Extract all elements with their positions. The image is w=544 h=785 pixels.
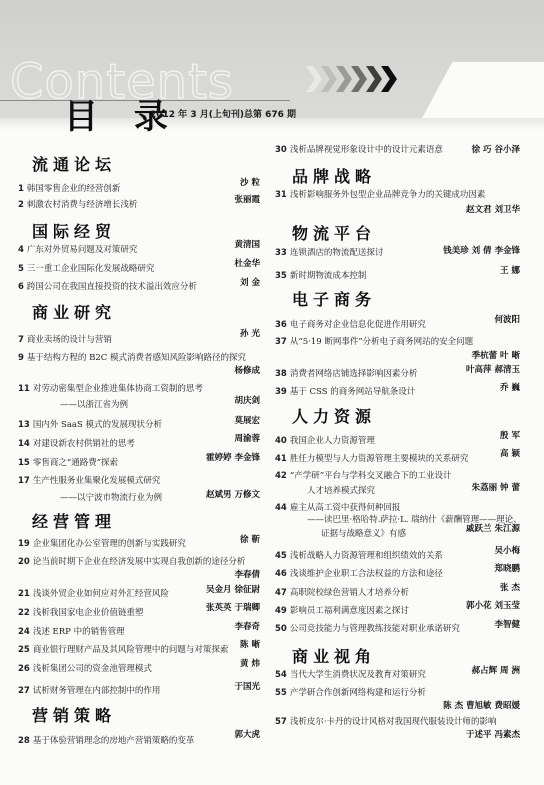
article-authors: 吴小梅	[494, 544, 520, 556]
article-authors: 张丽霞	[234, 193, 260, 205]
article-title: 浅谈维护企业职工合法权益的方法和途径	[290, 569, 443, 579]
page-number: 21	[18, 589, 30, 599]
page-number: 37	[275, 337, 287, 347]
page-number: 13	[18, 420, 30, 430]
toc-entry[interactable]: 11对劳动密集型企业推进集体协商工资制的思考	[18, 382, 203, 394]
page-number: 28	[18, 736, 30, 746]
article-authors: 周渝蓉	[234, 432, 260, 444]
toc-entry[interactable]: 35新时期物流成本控制	[275, 269, 366, 281]
page-number: 24	[18, 627, 30, 637]
toc-entry[interactable]: 47高职院校绿色营销人才培养分析	[275, 586, 409, 598]
toc-entry[interactable]: 4广东对外贸易问题及对策研究	[18, 243, 137, 255]
chevron-right-icon	[306, 66, 322, 92]
article-title: 商业卖场的设计与营销	[27, 335, 112, 345]
article-authors: 李春倩	[234, 568, 260, 580]
chevron-right-icon	[336, 66, 352, 92]
toc-entry[interactable]: 45浅析战略人力资源管理和组织绩效的关系	[275, 549, 443, 561]
page-number: 36	[275, 320, 287, 330]
article-title: 浅析影响服务外包型企业品牌竞争力的关键成功因素	[290, 190, 486, 200]
article-authors: 叶高萍 郝清玉	[466, 363, 520, 375]
toc-entry[interactable]: 41胜任力模型与人力资源管理主要模块的关系研究	[275, 452, 468, 464]
article-title: 对建设新农村供销社的思考	[33, 439, 135, 449]
article-title: 基于 CSS 的商务网站导航条设计	[290, 387, 415, 397]
article-authors: 杨修成	[234, 364, 260, 376]
article-authors: 何波阳	[494, 313, 520, 325]
article-title: 新时期物流成本控制	[290, 271, 367, 281]
section-heading: 流通论坛	[32, 152, 116, 175]
article-subtitle: 人才培养模式探究	[307, 484, 375, 496]
article-title: 生产性服务业集聚化发展模式研究	[33, 476, 161, 486]
issue-info: 2012 年 3 月(上旬刊)总第 676 期	[150, 107, 296, 120]
section-heading: 商业研究	[32, 300, 116, 323]
article-title: 雇主从高工资中获得何种回报	[290, 503, 401, 513]
toc-entry[interactable]: 38消费者网络店铺选择影响因素分析	[275, 367, 417, 379]
page-number: 9	[18, 353, 24, 363]
chevron-right-icon	[381, 66, 397, 92]
article-authors: 殷 军	[500, 429, 520, 441]
toc-entry[interactable]: 21浅谈外贸企业如何应对外汇经营风险	[18, 587, 169, 599]
article-authors: 张 杰	[500, 581, 520, 593]
section-heading: 电子商务	[292, 287, 376, 310]
article-authors: 徐 巧 谷小泽	[472, 143, 520, 155]
page-number: 22	[18, 608, 30, 618]
article-title: 企业集团化办公室管理的创新与实践研究	[33, 539, 186, 549]
article-title: 试析财务管理在内部控制中的作用	[33, 686, 161, 696]
article-authors: 郭小花 刘玉莹	[466, 599, 520, 611]
article-authors: 高 颖	[500, 447, 520, 459]
chevron-right-icon	[351, 66, 367, 92]
toc-entry[interactable]: 7商业卖场的设计与营销	[18, 333, 112, 345]
article-authors: 陈 杰 曹旭敏 费昭媛	[443, 699, 520, 711]
toc-entry[interactable]: 6跨国公司在我国直接投资的技术溢出效应分析	[18, 280, 197, 292]
article-title: 电子商务对企业信息化促进作用研究	[290, 320, 426, 330]
section-heading: 国际经贸	[32, 219, 116, 242]
article-authors: 钱美珍 刘 倩 李金锋	[443, 244, 520, 256]
article-title: 浅述 ERP 中的销售管理	[33, 627, 125, 637]
article-title: 浅析集团公司的资金池管理模式	[33, 664, 152, 674]
page-number: 19	[18, 539, 30, 549]
toc-entry[interactable]: 39基于 CSS 的商务网站导航条设计	[275, 385, 415, 397]
article-title: 韩国零售企业的经营创新	[27, 184, 121, 194]
toc-entry[interactable]: 27试析财务管理在内部控制中的作用	[18, 684, 160, 696]
chevron-arrows-icon	[306, 66, 396, 92]
page-number: 33	[275, 248, 287, 258]
page-number: 46	[275, 569, 287, 579]
page-number: 6	[18, 282, 24, 292]
article-authors: 杜金华	[234, 257, 260, 269]
article-subtitle: ——以宁波市物流行业为例	[60, 491, 162, 503]
article-authors: 陈 晰	[240, 638, 260, 650]
article-title: 产学研合作创新网络构建和运行分析	[290, 688, 426, 698]
page-number: 41	[275, 454, 287, 464]
article-authors: 胡庆剑	[234, 394, 260, 406]
toc-entry[interactable]: 44雇主从高工资中获得何种回报	[275, 501, 400, 513]
toc-entry[interactable]: 9基于结构方程的 B2C 模式消费者感知风险影响路径的探究	[18, 351, 246, 363]
page-number: 7	[18, 335, 24, 345]
toc-entry[interactable]: 22浅析我国家电企业价值链重塑	[18, 606, 143, 618]
article-authors: 乔 巍	[500, 381, 520, 393]
article-authors: 赵斌男 万修文	[206, 488, 260, 500]
article-title: 高职院校绿色营销人才培养分析	[290, 588, 409, 598]
article-authors: 朱荔丽 钟 蕾	[472, 481, 520, 493]
section-heading: 品牌战略	[292, 164, 376, 187]
page-number: 44	[275, 503, 287, 513]
article-authors: 徐 靳	[240, 533, 260, 545]
article-title: 浅析品牌视觉形象设计中的设计元素语意	[290, 145, 443, 155]
page-number: 45	[275, 551, 287, 561]
section-heading: 商业视角	[292, 644, 376, 667]
article-authors: 赵文君 刘卫华	[466, 203, 520, 215]
page-number: 54	[275, 670, 287, 680]
chevron-right-icon	[366, 66, 382, 92]
toc-entry[interactable]: 57浅析皮尔·卡丹的设计风格对我国现代服装设计师的影响	[275, 715, 497, 727]
page-number: 39	[275, 387, 287, 397]
toc-entry[interactable]: 54当代大学生消费状况及教育对策研究	[275, 668, 426, 680]
article-authors: 郝占辉 周 洲	[472, 664, 520, 676]
article-authors: 黄 炜	[240, 657, 260, 669]
toc-entry[interactable]: 28基于体验营销理念的房地产营销策略的变革	[18, 734, 194, 746]
article-title: 当代大学生消费状况及教育对策研究	[290, 670, 426, 680]
page-number: 57	[275, 717, 287, 727]
article-title: 基于结构方程的 B2C 模式消费者感知风险影响路径的探究	[27, 353, 246, 363]
toc-entry[interactable]: 17生产性服务业集聚化发展模式研究	[18, 474, 160, 486]
page-number: 14	[18, 439, 30, 449]
section-heading: 人力资源	[292, 404, 376, 427]
toc-entry[interactable]: 19企业集团化办公室管理的创新与实践研究	[18, 537, 186, 549]
article-authors: 孙 光	[240, 327, 260, 339]
article-title: 浅析皮尔·卡丹的设计风格对我国现代服装设计师的影响	[290, 717, 497, 727]
article-authors: 霍婷婷 李金锋	[206, 451, 260, 463]
page-number: 25	[18, 645, 30, 655]
article-authors: 黄清国	[234, 238, 260, 250]
toc-entry[interactable]: 26浅析集团公司的资金池管理模式	[18, 662, 152, 674]
toc-entry[interactable]: 5三一重工企业国际化发展战略研究	[18, 262, 154, 274]
page-number: 11	[18, 384, 30, 394]
article-title: 浅谈外贸企业如何应对外汇经营风险	[33, 589, 169, 599]
toc-entry[interactable]: 30浅析品牌视觉形象设计中的设计元素语意	[275, 143, 443, 155]
article-title: 我国企业人力资源管理	[290, 436, 375, 446]
toc-entry[interactable]: 55产学研合作创新网络构建和运行分析	[275, 686, 426, 698]
toc-entry[interactable]: 20论当前时期下企业在经济发展中实现自我创新的途径分析	[18, 555, 245, 567]
article-title: 零售商之“通路费”探索	[33, 458, 118, 468]
article-title: 连锁酒店的物流配送探讨	[290, 248, 384, 258]
article-authors: 戚跃兰 朱江源	[466, 522, 520, 534]
toc-entry[interactable]: 24浅述 ERP 中的销售管理	[18, 625, 125, 637]
page-number: 4	[18, 245, 24, 255]
page-number: 35	[275, 271, 287, 281]
page-number: 1	[18, 184, 24, 194]
toc-entry[interactable]: 42“产学研”平台与学科交叉融合下的工业设计	[275, 469, 452, 481]
toc-entry[interactable]: 50公司竞技能力与管理教练技能对职业承诺研究	[275, 622, 460, 634]
section-heading: 营销策略	[32, 703, 116, 726]
article-authors: 莫展宏	[234, 414, 260, 426]
page-number: 5	[18, 264, 24, 274]
article-authors: 于述平 冯素杰	[466, 728, 520, 740]
section-heading: 物流平台	[292, 221, 376, 244]
article-title: 论当前时期下企业在经济发展中实现自我创新的途径分析	[33, 557, 246, 567]
page-number: 17	[18, 476, 30, 486]
page-number: 50	[275, 624, 287, 634]
chevron-right-icon	[321, 66, 337, 92]
toc-entry[interactable]: 49影响员工福利满意度因素之探讨	[275, 604, 409, 616]
toc-entry[interactable]: 13国内外 SaaS 模式的发展现状分析	[18, 418, 162, 430]
toc-entry[interactable]: 46浅谈维护企业职工合法权益的方法和途径	[275, 567, 443, 579]
article-authors: 刘 金	[240, 276, 260, 288]
toc-entry[interactable]: 36电子商务对企业信息化促进作用研究	[275, 318, 426, 330]
article-title: 消费者网络店铺选择影响因素分析	[290, 369, 418, 379]
page-number: 31	[275, 190, 287, 200]
article-authors: 张英英 于瑞卿	[206, 601, 260, 613]
toc-entry[interactable]: 2刺激农村消费与经济增长浅析	[18, 198, 137, 210]
article-title: 浅析战略人力资源管理和组织绩效的关系	[290, 551, 443, 561]
article-title: 公司竞技能力与管理教练技能对职业承诺研究	[290, 624, 460, 634]
article-authors: 吴金月 徐征尉	[206, 583, 260, 595]
article-authors: 王 娜	[500, 264, 520, 276]
article-title: 对劳动密集型企业推进集体协商工资制的思考	[33, 384, 203, 394]
article-title: 刺激农村消费与经济增长浅析	[27, 200, 138, 210]
article-title: 广东对外贸易问题及对策研究	[27, 245, 138, 255]
article-title: 基于体验营销理念的房地产营销策略的变革	[33, 736, 195, 746]
page-number: 15	[18, 458, 30, 468]
page-number: 40	[275, 436, 287, 446]
page-number: 30	[275, 145, 287, 155]
toc-entry[interactable]: 1韩国零售企业的经营创新	[18, 182, 120, 194]
page-number: 47	[275, 588, 287, 598]
article-authors: 郭大虎	[234, 728, 260, 740]
page-number: 26	[18, 664, 30, 674]
article-title: 浅析我国家电企业价值链重塑	[33, 608, 144, 618]
article-authors: 于国光	[234, 680, 260, 692]
toc-entry[interactable]: 37从“5·19 断网事件”分析电子商务网站的安全问题	[275, 335, 473, 347]
page-number: 2	[18, 200, 24, 210]
article-title: 三一重工企业国际化发展战略研究	[27, 264, 155, 274]
page-number: 42	[275, 471, 287, 481]
page-number: 55	[275, 688, 287, 698]
page-number: 38	[275, 369, 287, 379]
toc-entry[interactable]: 40我国企业人力资源管理	[275, 434, 375, 446]
article-title: 商业银行理财产品及其风险管理中的问题与对策探索	[33, 645, 229, 655]
article-title: 跨国公司在我国直接投资的技术溢出效应分析	[27, 282, 197, 292]
page-number: 27	[18, 686, 30, 696]
article-authors: 郑晓鹏	[494, 562, 520, 574]
page-number: 49	[275, 606, 287, 616]
article-title: 胜任力模型与人力资源管理主要模块的关系研究	[290, 454, 469, 464]
page-number: 20	[18, 557, 30, 567]
article-authors: 季杭蕾 叶 晰	[472, 349, 520, 361]
article-title: “产学研”平台与学科交叉融合下的工业设计	[290, 471, 452, 481]
section-heading: 经营管理	[32, 509, 116, 532]
toc-entry[interactable]: 14对建设新农村供销社的思考	[18, 437, 135, 449]
toc-entry[interactable]: 15零售商之“通路费”探索	[18, 456, 118, 468]
article-authors: 李智健	[494, 618, 520, 630]
article-subtitle: 证据与战略意义》有感	[321, 527, 406, 539]
article-authors: 李春奇	[234, 620, 260, 632]
article-subtitle: ——以浙江省为例	[60, 398, 128, 410]
toc-entry[interactable]: 31浅析影响服务外包型企业品牌竞争力的关键成功因素	[275, 188, 485, 200]
article-authors: 沙 粒	[240, 176, 260, 188]
article-title: 国内外 SaaS 模式的发展现状分析	[33, 420, 162, 430]
toc-entry[interactable]: 33连锁酒店的物流配送探讨	[275, 246, 383, 258]
article-title: 从“5·19 断网事件”分析电子商务网站的安全问题	[290, 337, 473, 347]
toc-entry[interactable]: 25商业银行理财产品及其风险管理中的问题与对策探索	[18, 643, 228, 655]
article-title: 影响员工福利满意度因素之探讨	[290, 606, 409, 616]
